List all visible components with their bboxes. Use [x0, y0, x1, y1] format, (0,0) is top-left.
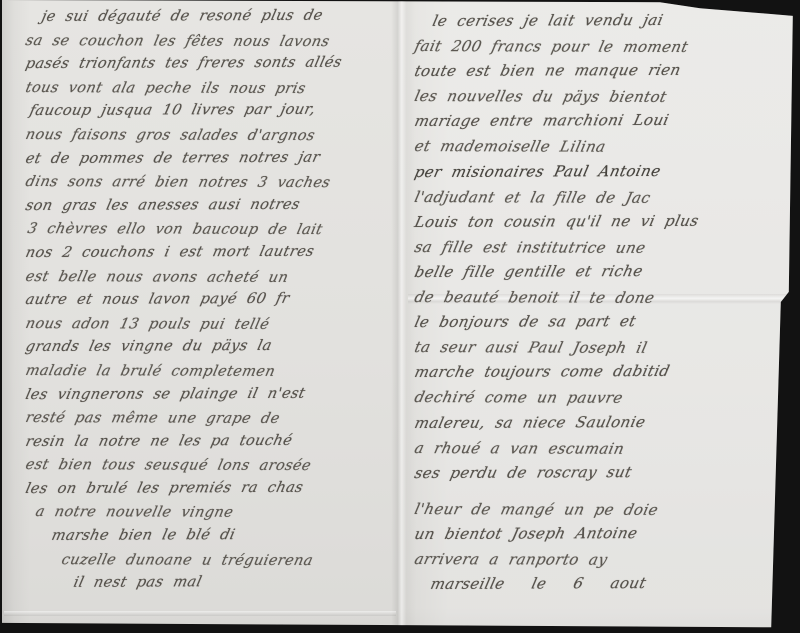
letter-page-right: le cerises je lait vendu jaifait 200 fra… [413, 9, 791, 597]
handwriting-line: un bientot Joseph Antoine [412, 520, 796, 547]
handwriting-line: fait 200 francs pour le moment [412, 34, 795, 60]
handwriting-line: belle fille gentille et riche [412, 258, 796, 285]
handwriting-line: ses perdu de roscray sut [412, 459, 796, 486]
bottom-crease [4, 611, 396, 616]
handwriting-line: l'adjudant et la fille de Jac [412, 185, 795, 211]
letter-paper: je sui dégauté de resoné plus desa se co… [0, 0, 800, 633]
handwriting-line: pasés trionfants tes freres sonts allés [23, 52, 401, 77]
handwriting-line: mariage entre marchioni Loui [412, 108, 796, 135]
handwriting-line: autre et nous lavon payé 60 fr [23, 288, 401, 313]
handwriting-line: maladie la brulé completemen [23, 360, 400, 385]
handwriting-line: nos 2 couchons i est mort lautres [23, 240, 401, 265]
letter-scan: je sui dégauté de resoné plus desa se co… [0, 0, 800, 633]
handwriting-line: resin la notre ne les pa touché [23, 429, 401, 454]
handwriting-line: les on brulé les premiés ra chas [23, 476, 401, 501]
handwriting-line: marche toujours come dabitid [412, 359, 796, 386]
handwriting-line: grands les vingne du päys la [23, 335, 401, 360]
handwriting-line: a rhoué a van escumain [412, 436, 795, 462]
handwriting-line: il nest pas mal [23, 571, 401, 596]
handwriting-line: resté pas même une grape de [23, 407, 400, 432]
handwriting-line: le bonjours de sa part et [412, 308, 796, 335]
handwriting-line: je sui dégauté de resoné plus de [23, 4, 401, 29]
handwriting-line: per misionaires Paul Antoine [412, 158, 796, 185]
handwriting-line: son gras les anesses ausi notres [23, 193, 401, 218]
handwriting-line: de beauté benoit il te done [412, 285, 795, 311]
handwriting-line: marshe bien le blé di [23, 523, 401, 548]
handwriting-line: marseille le 6 aout [412, 570, 796, 597]
handwriting-line: dins sons arré bien notres 3 vaches [23, 171, 400, 196]
handwriting-line: arrivera a ranporto ay [412, 547, 795, 573]
handwriting-line: Louis ton cousin qu'il ne vi plus [412, 208, 796, 235]
handwriting-line: nous faisons gros salades d'argnos [23, 124, 400, 149]
handwriting-line: malereu, sa niece Saulonie [412, 409, 796, 436]
letter-page-left: je sui dégauté de resoné plus desa se co… [24, 6, 396, 596]
handwriting-line: est bien tous seusqué lons arosée [23, 454, 400, 479]
handwriting-line: le cerises je lait vendu jai [412, 7, 796, 34]
handwriting-line: l'heur de mangé un pe doie [412, 497, 795, 523]
handwriting-line: et de pommes de terres notres jar [23, 146, 401, 171]
handwriting-line: faucoup jusqua 10 livres par jour, [23, 99, 401, 124]
handwriting-line: et mademoiselle Lilina [412, 134, 795, 160]
handwriting-line: toute est bien ne manque rien [412, 58, 796, 85]
handwriting-line: 3 chèvres ello von baucoup de lait [23, 218, 400, 243]
handwriting-line: dechiré come un pauvre [412, 385, 795, 411]
handwriting-line: les vingnerons se plainge il n'est [23, 382, 401, 407]
handwriting-line: sa fille est institutrice une [412, 235, 795, 261]
